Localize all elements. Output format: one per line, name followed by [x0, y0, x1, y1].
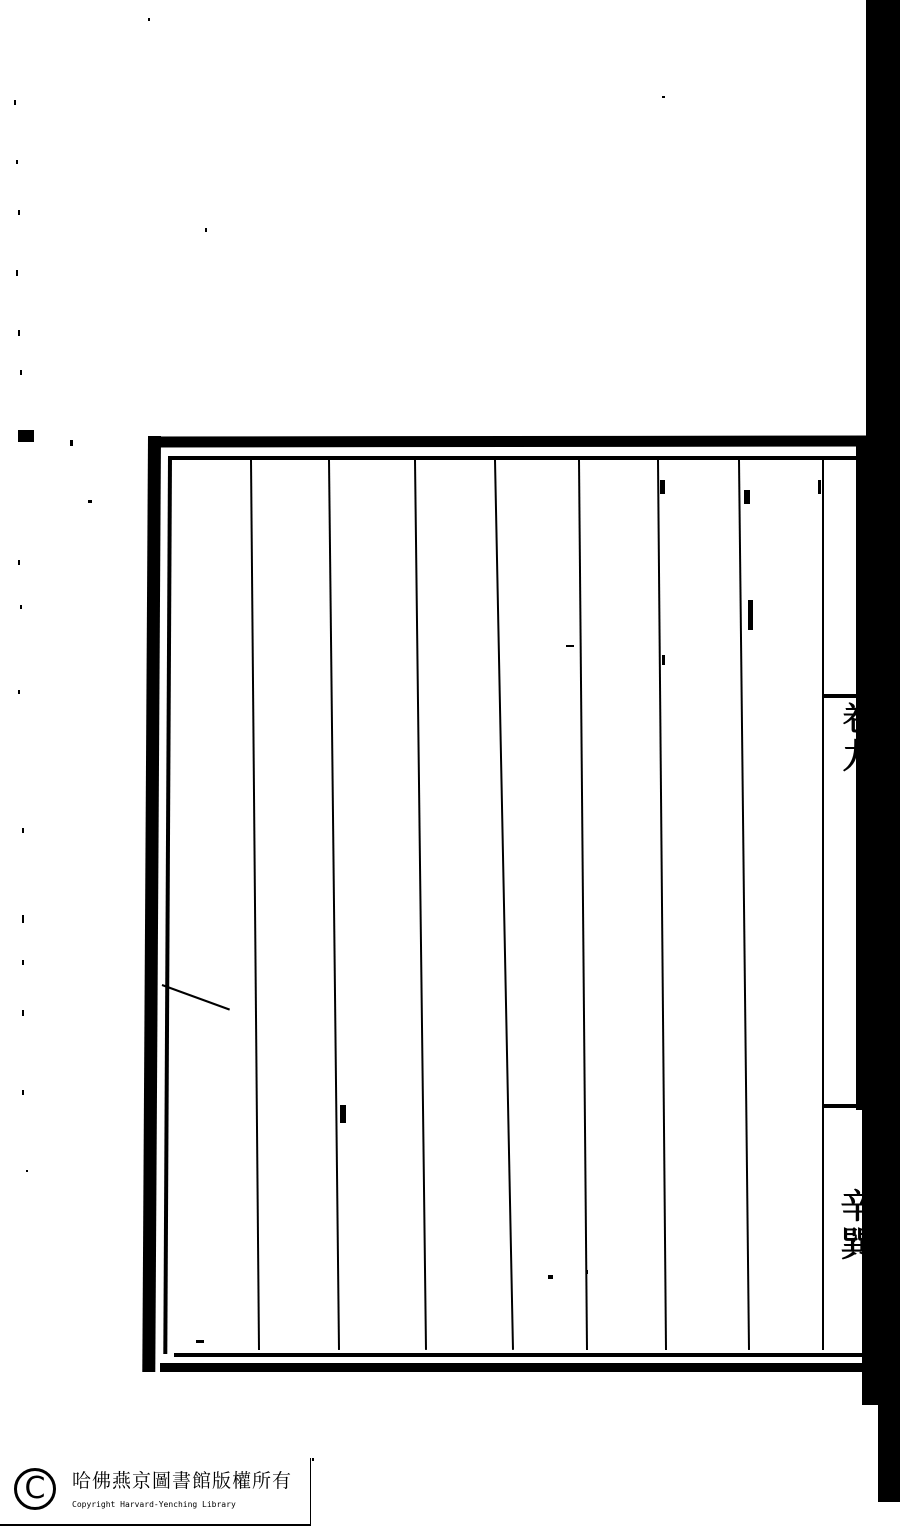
- ink-speck: [205, 228, 207, 232]
- column-rule: [414, 460, 427, 1350]
- inner-frame-left: [163, 456, 172, 1354]
- binding-edge: [878, 1370, 900, 1502]
- ink-speck: [662, 96, 665, 98]
- ink-speck: [18, 690, 20, 694]
- ink-speck: [16, 160, 18, 164]
- ink-speck: [662, 655, 665, 665]
- binding-edge: [866, 0, 900, 450]
- fish-tail-top: [822, 694, 860, 698]
- copyright-icon: C: [14, 1468, 56, 1510]
- section-label: 辛巽: [830, 1188, 879, 1264]
- outer-frame-bottom: [160, 1363, 878, 1372]
- ink-speck: [26, 1170, 28, 1172]
- ink-speck: [88, 500, 92, 503]
- column-rule: [494, 460, 514, 1350]
- ink-speck: [148, 18, 150, 21]
- ink-speck: [18, 560, 20, 565]
- inner-frame-top: [168, 456, 856, 460]
- stray-ink-line: [162, 984, 230, 1011]
- ink-speck: [660, 480, 665, 494]
- copyright-english: Copyright Harvard-Yenching Library: [72, 1500, 236, 1509]
- ink-speck: [18, 330, 20, 336]
- ink-speck: [818, 480, 821, 494]
- volume-label: 卷九: [832, 700, 881, 776]
- ink-speck: [18, 210, 20, 215]
- ink-speck: [22, 828, 24, 833]
- copyright-stamp: C 哈佛燕京圖書館版權所有 Copyright Harvard-Yenching…: [0, 1458, 311, 1526]
- outer-frame-left: [142, 436, 161, 1372]
- ink-speck: [744, 490, 750, 504]
- outer-frame-top: [148, 435, 870, 447]
- column-rule: [328, 460, 340, 1350]
- ink-speck: [22, 915, 24, 923]
- copyright-chinese: 哈佛燕京圖書館版權所有: [72, 1466, 292, 1493]
- ink-speck: [20, 605, 22, 609]
- column-rule: [822, 460, 824, 1350]
- ink-speck: [748, 600, 753, 630]
- column-rule: [738, 460, 750, 1350]
- ink-speck: [22, 1090, 24, 1095]
- fish-tail-bottom: [822, 1104, 862, 1108]
- ink-speck: [70, 440, 73, 446]
- column-rule: [657, 460, 667, 1350]
- inner-frame-bottom: [174, 1353, 864, 1357]
- ink-speck: [20, 370, 22, 375]
- ink-speck: [566, 645, 574, 647]
- ink-speck: [16, 270, 18, 276]
- ink-speck: [340, 1105, 346, 1123]
- scanned-page: 卷九 辛巽 C 哈佛燕京圖書館版權所有 Copyright Harvard-Ye…: [0, 0, 900, 1530]
- column-rule: [250, 460, 260, 1350]
- ink-speck: [14, 100, 16, 105]
- ink-speck: [18, 430, 34, 442]
- ink-speck: [312, 1458, 314, 1461]
- ink-speck: [196, 1340, 204, 1343]
- ink-speck: [548, 1275, 553, 1279]
- column-rule: [578, 460, 588, 1350]
- ink-speck: [22, 960, 24, 965]
- ink-speck: [22, 1010, 24, 1016]
- ink-speck: [586, 1270, 588, 1274]
